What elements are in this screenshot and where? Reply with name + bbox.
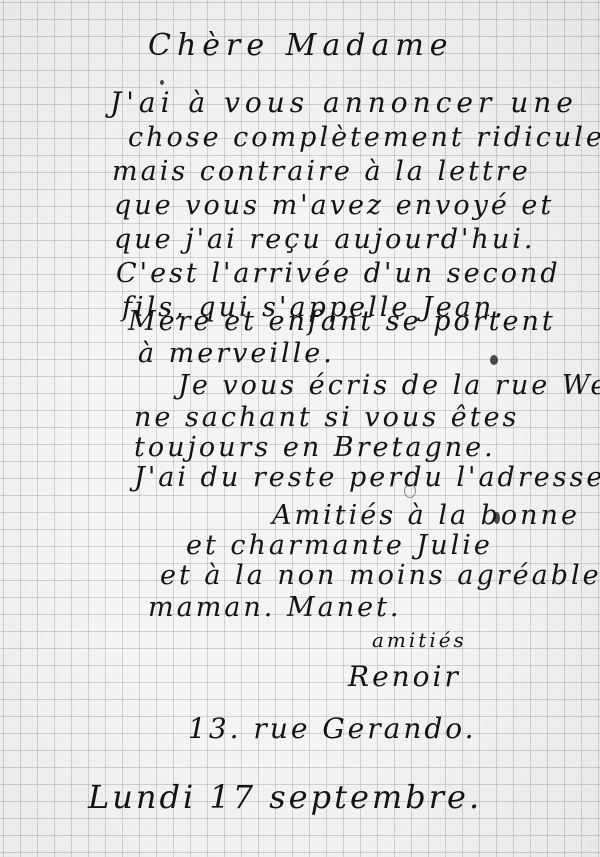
date-line: Lundi 17 septembre. [88,778,482,816]
body-line: ne sachant si vous êtes [134,402,519,433]
body-line: J'ai du reste perdu l'adresse [134,462,600,493]
body-line: que vous m'avez envoyé et [114,190,554,221]
body-line: chose complètement ridicule [128,122,600,153]
body-line: Je vous écris de la rue Weber [178,370,600,401]
signature: Renoir [348,660,461,693]
body-line: que j'ai reçu aujourd'hui. [114,224,535,255]
address: 13. rue Gerando. [188,712,477,745]
body-line: mais contraire à la lettre [112,156,531,187]
body-line: à merveille. [138,338,335,369]
signoff: amitiés [372,628,467,652]
body-line: toujours en Bretagne. [134,432,496,463]
closing-line: Amitiés à la bonne [272,500,580,531]
body-line: J'ai à vous annoncer une [110,86,578,119]
body-line: C'est l'arrivée d'un second [116,258,561,289]
smudge-ring [404,484,416,498]
ink-blot [490,355,498,365]
ink-blot [160,80,164,85]
closing-line: et à la non moins agréable [160,560,600,591]
salutation: Chère Madame [148,28,454,63]
closing-line: et charmante Julie [186,530,493,561]
closing-line: maman. Manet. [148,592,402,623]
letter-page: Chère Madame J'ai à vous annoncer une ch… [0,0,600,857]
ink-blot [494,512,500,524]
body-line: Mère et enfant se portent [128,306,556,337]
